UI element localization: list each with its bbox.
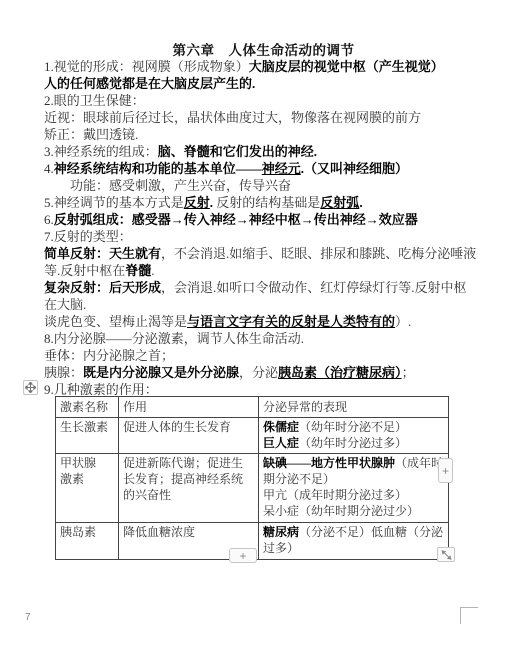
resize-diagonal-icon <box>441 550 452 560</box>
header-effect: 作用 <box>119 397 259 418</box>
insert-column-button[interactable]: + <box>438 458 453 483</box>
text-run: 4. <box>44 161 54 176</box>
text-run: . <box>151 263 154 278</box>
cell-effect: 促进人体的生长发育 <box>119 418 259 454</box>
text-run: ，不会消退.如缩手、眨眼、排尿和膝跳、吃梅分泌唾液 <box>161 246 476 261</box>
text-run: 侏儒症 <box>263 420 299 434</box>
text-run: .（又叫神经细胞） <box>301 161 408 176</box>
text-run: 近视：眼球前后径过长，晶状体曲度过大，物像落在视网膜的前方 <box>44 110 421 125</box>
text-line: 简单反射：天生就有，不会消退.如缩手、眨眼、排尿和膝跳、吃梅分泌唾液 <box>44 245 504 262</box>
text-run: 甲亢（成年时期分泌过多） <box>263 488 407 502</box>
margin-corner-mark <box>460 607 478 624</box>
text-run: 反射弧 <box>320 195 359 210</box>
cell-hormone-name: 生长激素 <box>56 418 119 454</box>
cell-abnormal: 糖尿病（分泌不足）低血糖（分泌过多） <box>259 523 449 560</box>
text-run: 反射的结构基础是 <box>213 195 320 210</box>
text-run: ； <box>402 365 415 380</box>
text-run: 7.反射的类型： <box>44 229 132 244</box>
text-run: 3.神经系统的组成： <box>44 144 158 159</box>
text-run: 反射 <box>184 195 210 210</box>
text-run: 在大脑. <box>44 297 86 312</box>
text-line: 等.反射中枢在脊髓. <box>44 262 504 279</box>
text-run: 2.眼的卫生保健： <box>44 93 145 108</box>
text-run: 人的任何感觉都是在大脑皮层产生的. <box>44 76 255 91</box>
text-line: 6.反射弧组成：感受器→传入神经→神经中枢→传出神经→效应器 <box>44 211 504 228</box>
text-run: 脊髓 <box>125 263 151 278</box>
text-line: 人的任何感觉都是在大脑皮层产生的. <box>44 75 504 92</box>
text-run: 功能：感受刺激，产生兴奋，传导兴奋 <box>44 178 291 193</box>
document-page: 第六章 人体生命活动的调节 1.视觉的形成：视网膜（形成物象）大脑皮层的视觉中枢… <box>0 0 527 653</box>
cell-hormone-name: 胰岛素 <box>56 523 119 560</box>
text-run: 巨人症 <box>263 436 299 450</box>
hormone-table: 激素名称 作用 分泌异常的表现 生长激素 促进人体的生长发育 侏儒症（幼年时分泌… <box>55 396 449 560</box>
text-run: 呆小症（幼年时期分泌过少） <box>263 504 419 518</box>
text-run: 反射弧组成：感受器→传入神经→神经中枢→传出神经→效应器 <box>54 212 418 227</box>
page-number: 7 <box>25 612 31 623</box>
text-line: 谈虎色变、望梅止渴等是与语言文字有关的反射是人类特有的）. <box>44 313 504 330</box>
text-line: 垂体：内分泌腺之首； <box>44 347 504 364</box>
text-line: 4.神经系统结构和功能的基本单位——神经元.（又叫神经细胞） <box>44 160 504 177</box>
text-run: 大脑皮层的视觉中枢（产生视觉） <box>249 59 444 74</box>
text-run: 缺碘——地方性甲状腺肿 <box>263 456 395 470</box>
text-line: 复杂反射：后天形成，会消退.如听口令做动作、红灯停绿灯行等.反射中枢 <box>44 279 504 296</box>
text-run: 谈虎色变、望梅止渴等是 <box>44 314 187 329</box>
text-run: 神经系统结构和功能的基本单位—— <box>54 161 262 176</box>
text-run: 胰腺： <box>44 365 83 380</box>
text-line: 功能：感受刺激，产生兴奋，传导兴奋 <box>44 177 504 194</box>
text-run: 5.神经调节的基本方式是 <box>44 195 184 210</box>
text-run: 胰岛素（治疗糖尿病） <box>278 365 402 380</box>
text-run: 矫正：戴凹透镜. <box>44 127 138 142</box>
text-run: 简单反射：天生就有 <box>44 246 161 261</box>
cell-effect: 促进新陈代谢；促进生长发育；提高神经系统的兴奋性 <box>119 454 259 523</box>
header-hormone-name: 激素名称 <box>56 397 119 418</box>
text-line: 2.眼的卫生保健： <box>44 92 504 109</box>
text-run: 既是内分泌腺又是外分泌腺 <box>83 365 239 380</box>
cell-abnormal: 缺碘——地方性甲状腺肿（成年时期分泌不足）甲亢（成年时期分泌过多）呆小症（幼年时… <box>259 454 449 523</box>
text-line: 8.内分泌腺——分泌激素，调节人体生命活动. <box>44 330 504 347</box>
table-move-handle[interactable] <box>23 380 38 395</box>
text-run: （幼年时分泌过多） <box>299 436 407 450</box>
table-row: 生长激素 促进人体的生长发育 侏儒症（幼年时分泌不足）巨人症（幼年时分泌过多） <box>56 418 449 454</box>
page-title: 第六章 人体生命活动的调节 <box>0 39 527 59</box>
text-run: ，会消退.如听口令做动作、红灯停绿灯行等.反射中枢 <box>161 280 467 295</box>
table-resize-handle[interactable] <box>437 547 455 562</box>
text-run: 等.反射中枢在 <box>44 263 125 278</box>
insert-row-button[interactable]: + <box>229 548 257 563</box>
text-run: ，分泌 <box>239 365 278 380</box>
text-run: 垂体：内分泌腺之首； <box>44 348 174 363</box>
text-line: 3.神经系统的组成：脑、脊髓和它们发出的神经. <box>44 143 504 160</box>
table-header-row: 激素名称 作用 分泌异常的表现 <box>56 397 449 418</box>
text-run: 脑、脊髓和它们发出的神经. <box>158 144 317 159</box>
text-run: . <box>359 195 362 210</box>
text-run: 神经元 <box>262 161 301 176</box>
text-line: 7.反射的类型： <box>44 228 504 245</box>
text-run: 糖尿病 <box>263 525 299 539</box>
body-text: 1.视觉的形成：视网膜（形成物象）大脑皮层的视觉中枢（产生视觉）人的任何感觉都是… <box>44 58 504 398</box>
text-line: 胰腺：既是内分泌腺又是外分泌腺，分泌胰岛素（治疗糖尿病）； <box>44 364 504 381</box>
text-run: 6. <box>44 212 54 227</box>
text-run: 复杂反射：后天形成 <box>44 280 161 295</box>
header-abnormal: 分泌异常的表现 <box>259 397 449 418</box>
move-arrows-icon <box>25 382 36 393</box>
text-line: 矫正：戴凹透镜. <box>44 126 504 143</box>
text-run: ）. <box>395 314 411 329</box>
text-line: 1.视觉的形成：视网膜（形成物象）大脑皮层的视觉中枢（产生视觉） <box>44 58 504 75</box>
text-run: 1.视觉的形成：视网膜（形成物象） <box>44 59 249 74</box>
text-run: 与语言文字有关的反射是人类特有的 <box>187 314 395 329</box>
text-run: 9.几种激素的作用： <box>44 382 158 397</box>
text-line: 5.神经调节的基本方式是反射. 反射的结构基础是反射弧. <box>44 194 504 211</box>
text-run: （幼年时分泌不足） <box>299 420 407 434</box>
text-line: 近视：眼球前后径过长，晶状体曲度过大，物像落在视网膜的前方 <box>44 109 504 126</box>
text-line: 在大脑. <box>44 296 504 313</box>
cell-hormone-name: 甲状腺 激素 <box>56 454 119 523</box>
text-run: 8.内分泌腺——分泌激素，调节人体生命活动. <box>44 331 304 346</box>
table-row: 甲状腺 激素 促进新陈代谢；促进生长发育；提高神经系统的兴奋性 缺碘——地方性甲… <box>56 454 449 523</box>
cell-abnormal: 侏儒症（幼年时分泌不足）巨人症（幼年时分泌过多） <box>259 418 449 454</box>
